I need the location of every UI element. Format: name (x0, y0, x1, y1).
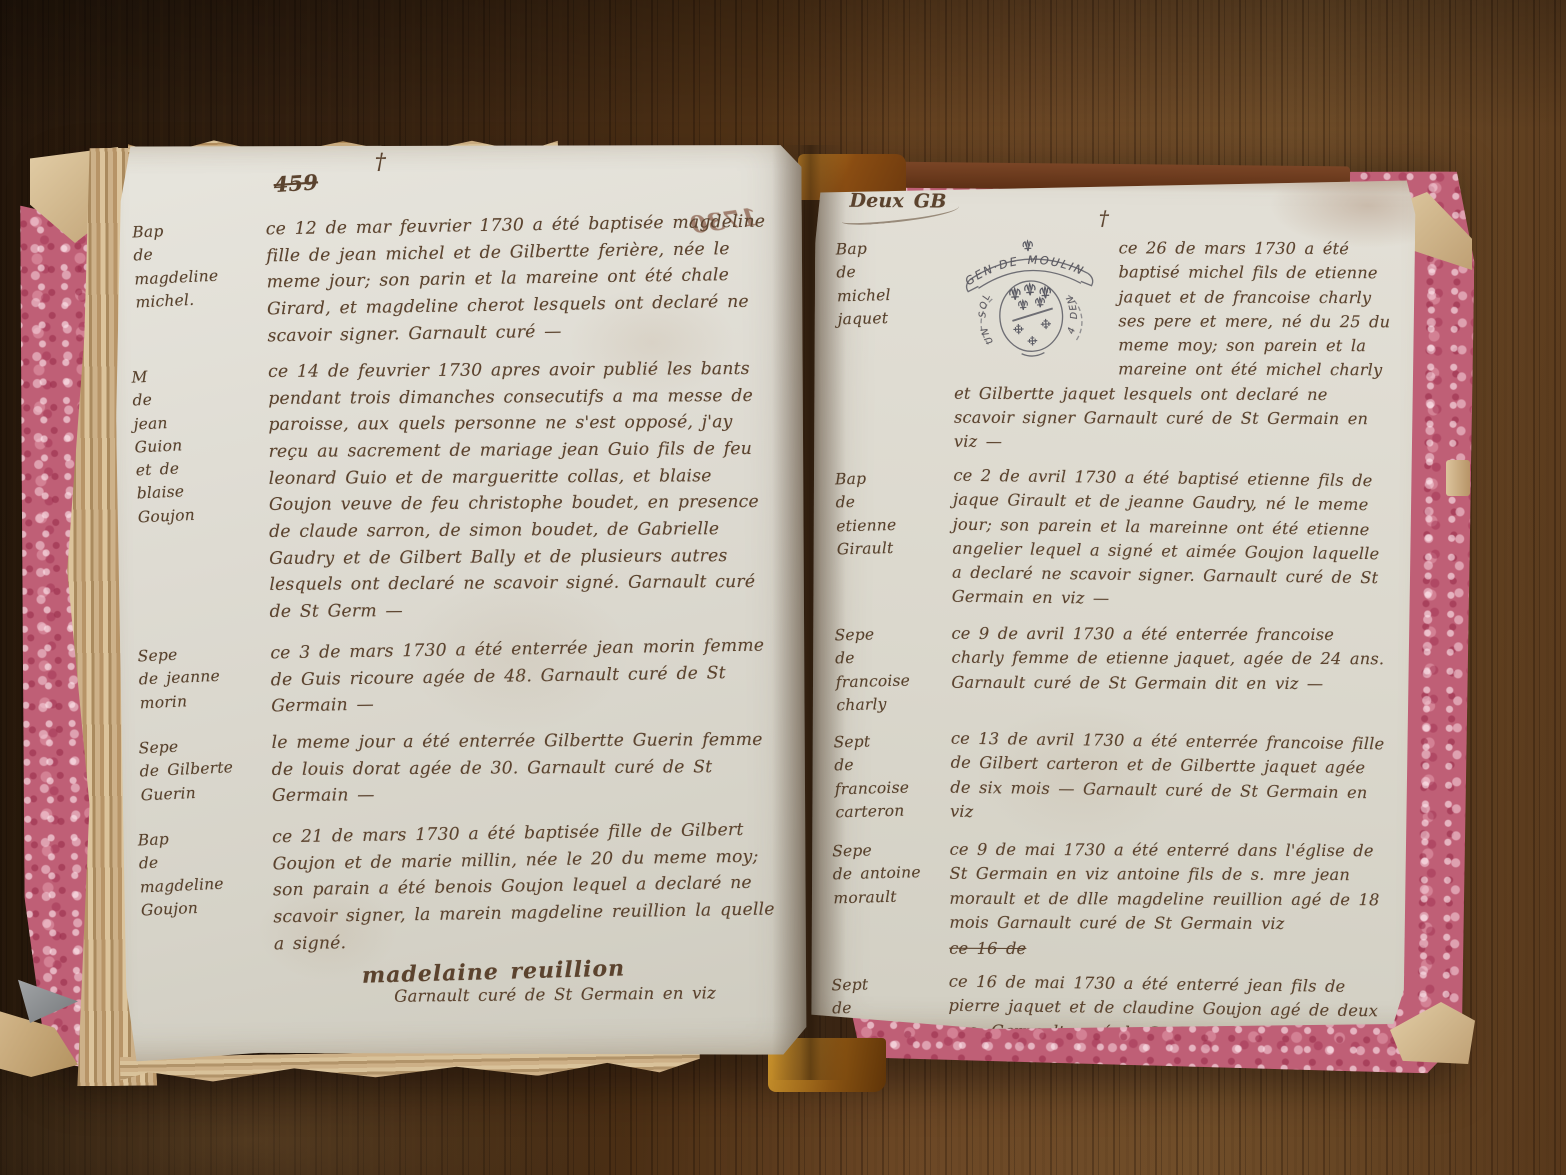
right-page: Deux GB † Bap de michel jaquet (808, 175, 1415, 1032)
register-entry-baptism-magdeline-michel: Bap de magdeline michel. ce 12 de mar fe… (134, 210, 777, 350)
entry-margin-note: Bap de michel jaquet (835, 233, 945, 454)
entry-margin-note: M de jean Guion et de blaise Goujon (131, 359, 261, 631)
parchment-tab-right-edge (1446, 460, 1470, 496)
entry-body-text: ce 13 de avril 1730 a été enterrée franc… (950, 727, 1387, 830)
stamp-banner-text: GEN·DE MOULINS (951, 232, 1087, 289)
fleur-de-lis-icon (1018, 300, 1027, 310)
tax-stamp-gen-de-moulins: GEN·DE MOULINS UN SOL 4 DEN (951, 232, 1109, 367)
fleur-de-lis-icon (1025, 284, 1036, 296)
cross-mark-right: † (1099, 206, 1109, 230)
entry-margin-note: Bap de magdeline michel. (132, 213, 256, 351)
entry-body-text: ce 12 de mar feuvrier 1730 a été baptisé… (266, 208, 778, 349)
entry-margin-note: Sepe de jeanne morin (137, 637, 259, 722)
fleur-de-lis-icon (1010, 288, 1021, 300)
stamp-right-arc-text: 4 DEN (1064, 292, 1081, 336)
right-page-content: Deux GB † Bap de michel jaquet (832, 190, 1392, 1082)
entry-body-text: ce 3 de mars 1730 a été enterrée jean mo… (270, 632, 781, 720)
fleur-de-lis-icon (1040, 287, 1051, 299)
entries-list-right: Bap de michel jaquet (832, 234, 1391, 1071)
register-entry-burial-jeanne-morin: Sepe de jeanne morin ce 3 de mars 1730 a… (138, 634, 781, 721)
entry-body-text-span: ce 9 de mai 1730 a été enterré dans l'ég… (949, 839, 1379, 932)
register-entry-burial-francoise-charly: Sepe de francoise charly ce 9 de avril 1… (835, 620, 1388, 721)
cross-crosslet-icon (1027, 336, 1037, 346)
entry-body-text: ce 2 de avril 1730 a été baptisé etienne… (952, 463, 1390, 614)
cross-crosslet-icon (1013, 324, 1024, 335)
register-entry-baptism-magdeline-goujon: Bap de magdeline Goujon ce 21 de mars 17… (140, 817, 784, 1008)
entry-margin-note: Sept de francoise carteron (833, 726, 940, 826)
entry-body-text: ce 9 de mai 1730 a été enterré dans l'ég… (949, 837, 1385, 962)
cross-mark-left: † (375, 150, 386, 175)
struck-through-text: ce 16 de (949, 937, 1099, 962)
register-entry-burial-antoine-morault: Sepe de antoine morault ce 9 de mai 1730… (833, 835, 1386, 963)
entry-margin-note: Sepe de Gilberte Guerin (138, 729, 260, 814)
register-entry-baptism-michel-jaquet: Bap de michel jaquet (837, 234, 1391, 457)
entry-body-block: ce 21 de mars 1730 a été baptisée fille … (272, 817, 784, 1007)
register-entry-burial-francoise-carteron: Sept de francoise carteron ce 13 de avri… (834, 727, 1387, 829)
register-entry-baptism-etienne-girault: Bap de etienne Girault ce 2 de avril 173… (836, 463, 1389, 614)
entry-margin-note: Bap de magdeline Goujon (137, 821, 263, 1010)
right-page-header: Deux GB † (839, 190, 1391, 239)
register-entry-burial-gilberte-guerin: Sepe de Gilberte Guerin le meme jour a é… (139, 725, 782, 812)
entry-body-text: le meme jour a été enterrée Gilbertte Gu… (272, 727, 782, 810)
entry-body-text: GEN·DE MOULINS UN SOL 4 DEN ce 26 de mar… (954, 236, 1391, 456)
folio-number: 459 (273, 169, 319, 197)
fleur-de-lis-icon (1023, 241, 1033, 252)
register-entry-marriage-guion-goujon: M de jean Guion et de blaise Goujon ce 1… (135, 355, 780, 628)
stamp-left-arc-text: UN SOL (976, 290, 996, 346)
entry-margin-note: Bap de etienne Girault (835, 462, 943, 610)
entries-list-left: Bap de magdeline michel. ce 12 de mar fe… (134, 210, 784, 1021)
entry-body-text: ce 9 de avril 1730 a été enterrée franco… (951, 622, 1387, 720)
cross-crosslet-icon (1040, 319, 1051, 330)
entry-margin-note: Sepe de francoise charly (834, 619, 940, 718)
photo-scene: 459 † 1730 Bap de magdeline michel. ce 1… (0, 0, 1566, 1175)
entry-body-text: ce 14 de feuvrier 1730 apres avoir publi… (268, 356, 780, 626)
entry-body-text: ce 21 de mars 1730 a été baptisée fille … (272, 816, 784, 957)
left-page: 459 † 1730 Bap de magdeline michel. ce 1… (113, 139, 811, 1061)
fleur-de-lis-icon (1035, 297, 1044, 307)
entry-margin-note: Sepe de antoine morault (832, 834, 939, 960)
